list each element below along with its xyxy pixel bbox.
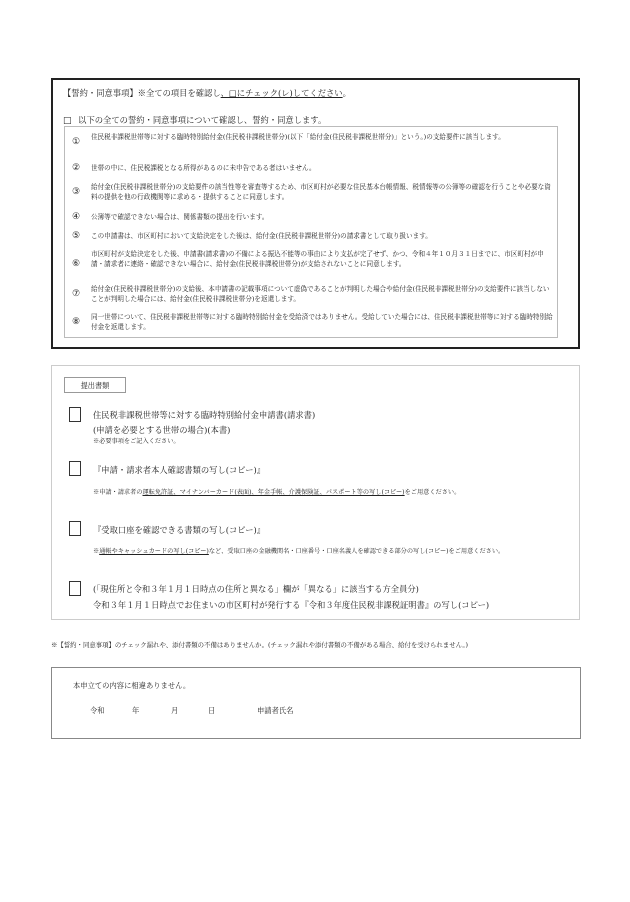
item-text: この申請書は、市区町村において支給決定をした後は、給付金(住民税非課税世帯分)の… bbox=[91, 231, 553, 241]
declaration-text: 本申立ての内容に相違ありません。 bbox=[73, 681, 190, 691]
doc-checkbox-bank-account[interactable] bbox=[69, 521, 81, 536]
item-number: ⑤ bbox=[70, 231, 82, 241]
doc-subtitle: (申請を必要とする世帯の場合)(本書) bbox=[93, 424, 230, 436]
pledge-heading-underlined: 、□にチェック(レ)してください bbox=[221, 88, 343, 98]
pledge-agree-row[interactable]: □ 以下の全ての誓約・同意事項について確認し、誓約・同意します。 bbox=[63, 114, 326, 126]
month-field[interactable]: 月 bbox=[171, 706, 178, 716]
item-number: ④ bbox=[70, 212, 82, 222]
pledge-items-list: ① 住民税非課税世帯等に対する臨時特別給付金(住民税非課税世帯分)(以下「給付金… bbox=[64, 126, 558, 338]
submission-documents-section: 提出書類 住民税非課税世帯等に対する臨時特別給付金申請書(請求書) (申請を必要… bbox=[51, 365, 580, 620]
submission-documents-label: 提出書類 bbox=[64, 377, 126, 393]
item-text: 世帯の中に、住民税課税となる所得があるのに未申告である者はいません。 bbox=[91, 163, 553, 173]
day-field[interactable]: 日 bbox=[208, 706, 215, 716]
note-underlined: 通帳やキャッシュカードの写し(コピー) bbox=[99, 548, 209, 555]
doc-checkbox-application[interactable] bbox=[69, 407, 81, 422]
item-text: 住民税非課税世帯等に対する臨時特別給付金(住民税非課税世帯分)(以下「給付金(住… bbox=[91, 132, 553, 142]
doc-note: ※通帳やキャッシュカードの写し(コピー)など、受取口座の金融機関名・口座番号・口… bbox=[93, 547, 569, 556]
item-number: ② bbox=[70, 163, 82, 173]
agree-checkbox[interactable]: □ bbox=[63, 116, 72, 126]
agree-label: 以下の全ての誓約・同意事項について確認し、誓約・同意します。 bbox=[78, 115, 326, 125]
pledge-heading-text: 【誓約・同意事項】※全ての項目を確認し bbox=[63, 88, 221, 98]
item-number: ① bbox=[70, 137, 82, 147]
doc-note: ※申請・請求者の運転免許証、マイナンバーカード(表面)、年金手帳、介護保険証、パ… bbox=[93, 488, 569, 497]
item-number: ⑧ bbox=[70, 317, 82, 327]
pledge-heading: 【誓約・同意事項】※全ての項目を確認し、□にチェック(レ)してください。 bbox=[63, 87, 351, 99]
doc-title: 住民税非課税世帯等に対する臨時特別給付金申請書(請求書) bbox=[93, 409, 315, 421]
doc-title: 『申請・請求者本人確認書類の写し(コピー)』 bbox=[93, 464, 265, 476]
note-suffix: など、受取口座の金融機関名・口座番号・口座名義人を確認できる部分の写し(コピー)… bbox=[209, 548, 504, 555]
note-suffix: をご用意ください。 bbox=[405, 489, 461, 496]
pledge-heading-suffix: 。 bbox=[343, 88, 351, 98]
item-number: ⑥ bbox=[70, 259, 82, 269]
doc-title: (「現住所と令和３年１月１日時点の住所と異なる」欄が「異なる」に該当する方全員分… bbox=[93, 583, 419, 595]
doc-checkbox-id-copy[interactable] bbox=[69, 461, 81, 476]
doc-note: ※必要事項をご記入ください。 bbox=[93, 437, 180, 446]
doc-title: 『受取口座を確認できる書類の写し(コピー)』 bbox=[93, 524, 265, 536]
note-underlined: 運転免許証、マイナンバーカード(表面)、年金手帳、介護保険証、パスポート等の写し… bbox=[143, 489, 405, 496]
note-prefix: ※申請・請求者の bbox=[93, 489, 143, 496]
item-text: 公簿等で確認できない場合は、関係書類の提出を行います。 bbox=[91, 212, 553, 222]
footnote: ※【誓約・同意事項】のチェック漏れや、添付書類の不備はありませんか。(チェック漏… bbox=[51, 640, 468, 649]
applicant-name-field[interactable]: 申請者氏名 bbox=[257, 706, 293, 716]
doc-checkbox-tax-certificate[interactable] bbox=[69, 581, 81, 596]
year-field[interactable]: 年 bbox=[132, 706, 139, 716]
item-number: ③ bbox=[70, 187, 82, 197]
declaration-section: 本申立ての内容に相違ありません。 令和 年 月 日 申請者氏名 bbox=[51, 667, 581, 739]
item-text: 市区町村が支給決定をした後、申請書(請求書)の不備による振込不能等の事由により支… bbox=[91, 249, 553, 269]
item-number: ⑦ bbox=[70, 289, 82, 299]
item-text: 給付金(住民税非課税世帯分)の支給要件の該当性等を審査等するため、市区町村が必要… bbox=[91, 182, 553, 202]
pledge-section: 【誓約・同意事項】※全ての項目を確認し、□にチェック(レ)してください。 □ 以… bbox=[51, 78, 580, 349]
era-label: 令和 bbox=[90, 706, 105, 716]
doc-subtitle: 令和３年１月１日時点でお住まいの市区町村が発行する『令和３年度住民税非課税証明書… bbox=[93, 599, 489, 611]
item-text: 同一世帯について、住民税非課税世帯等に対する臨時特別給付金を受給済ではありません… bbox=[91, 312, 553, 332]
item-text: 給付金(住民税非課税世帯分)の支給後、本申請書の記載事項について虚偽であることが… bbox=[91, 284, 553, 304]
